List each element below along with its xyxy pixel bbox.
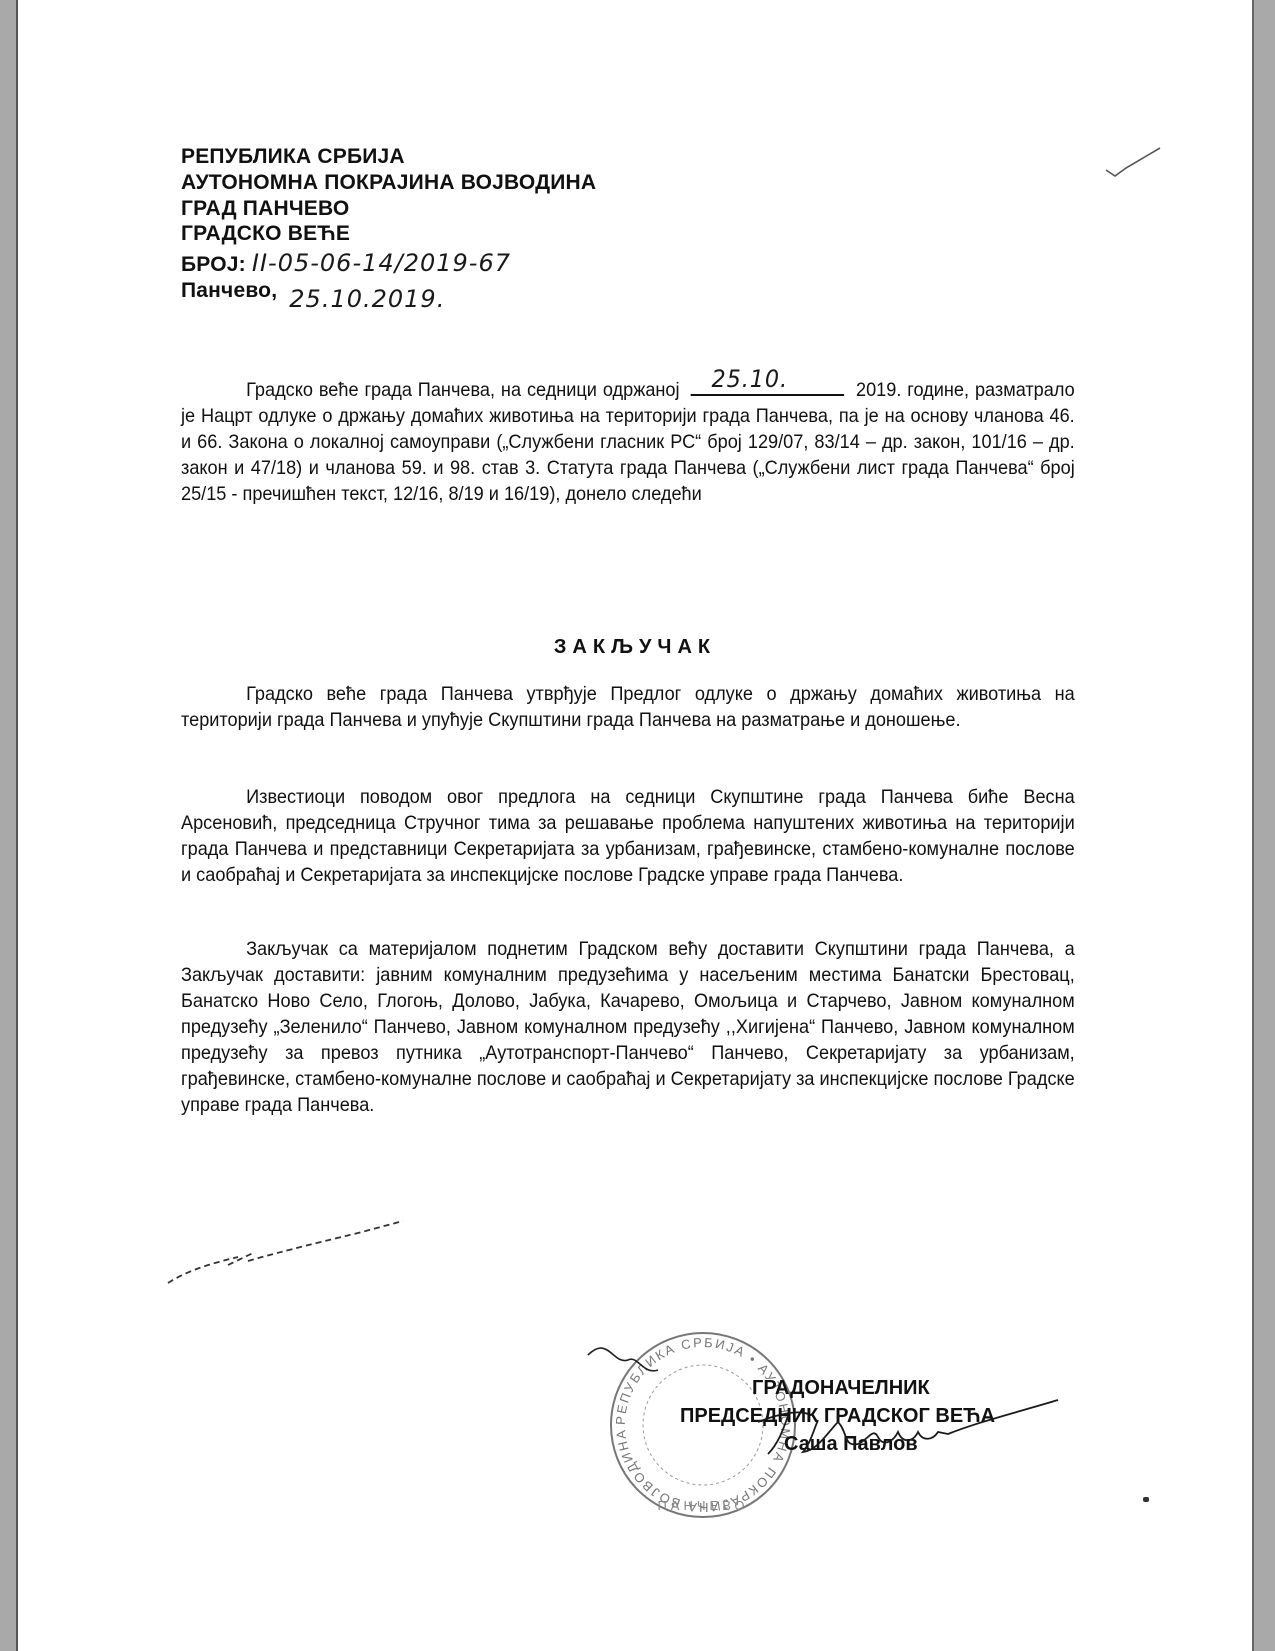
document-title: ЗАКЉУЧАК — [18, 636, 1252, 659]
date-blank: 25.10. — [691, 374, 844, 396]
document-page: РЕПУБЛИКА СРБИЈА АУТОНОМНА ПОКРАЈИНА ВОЈ… — [16, 0, 1254, 1651]
handwritten-signature — [748, 1392, 1068, 1472]
date-handwritten: 25.10.2019. — [289, 285, 445, 313]
paragraph-2-text: Известиоци поводом овог предлога на седн… — [181, 786, 1075, 886]
paragraph-3: Закључак са материјалом поднетим Градско… — [181, 936, 1075, 1118]
paragraph-1-text: Градско веће града Панчева утврђује Пред… — [181, 683, 1075, 731]
number-handwritten: II-05-06-14/2019-67 — [252, 249, 511, 277]
intro-before-blank: Градско веће града Панчева, на седници о… — [246, 379, 679, 401]
intro-paragraph: Градско веће града Панчева, на седници о… — [181, 374, 1075, 507]
document-number: БРОЈ: II-05-06-14/2019-67 — [181, 249, 511, 277]
paragraph-2: Известиоци поводом овог предлога на седн… — [181, 784, 1075, 888]
header-line-council: ГРАДСКО ВЕЋЕ — [181, 222, 350, 246]
stamp-bottom-text: ПАНЧЕВО — [657, 1498, 748, 1513]
paragraph-3-text: Закључак са материјалом поднетим Градско… — [181, 938, 1075, 1116]
place-label: Панчево, — [181, 279, 277, 302]
header-line-republic: РЕПУБЛИКА СРБИЈА — [181, 145, 405, 169]
header-line-city: ГРАД ПАНЧЕВО — [181, 197, 349, 221]
document-place-date: Панчево, 25.10.2019. — [181, 275, 445, 303]
handwritten-initials-left — [158, 1215, 418, 1295]
paragraph-1: Градско веће града Панчева утврђује Пред… — [181, 681, 1075, 733]
scan-speck — [1143, 1497, 1149, 1502]
blank-handwritten-date: 25.10. — [712, 366, 789, 392]
header-line-province: АУТОНОМНА ПОКРАЈИНА ВОЈВОДИНА — [181, 171, 596, 195]
check-mark-icon — [1098, 140, 1178, 180]
number-label: БРОЈ: — [181, 253, 246, 276]
